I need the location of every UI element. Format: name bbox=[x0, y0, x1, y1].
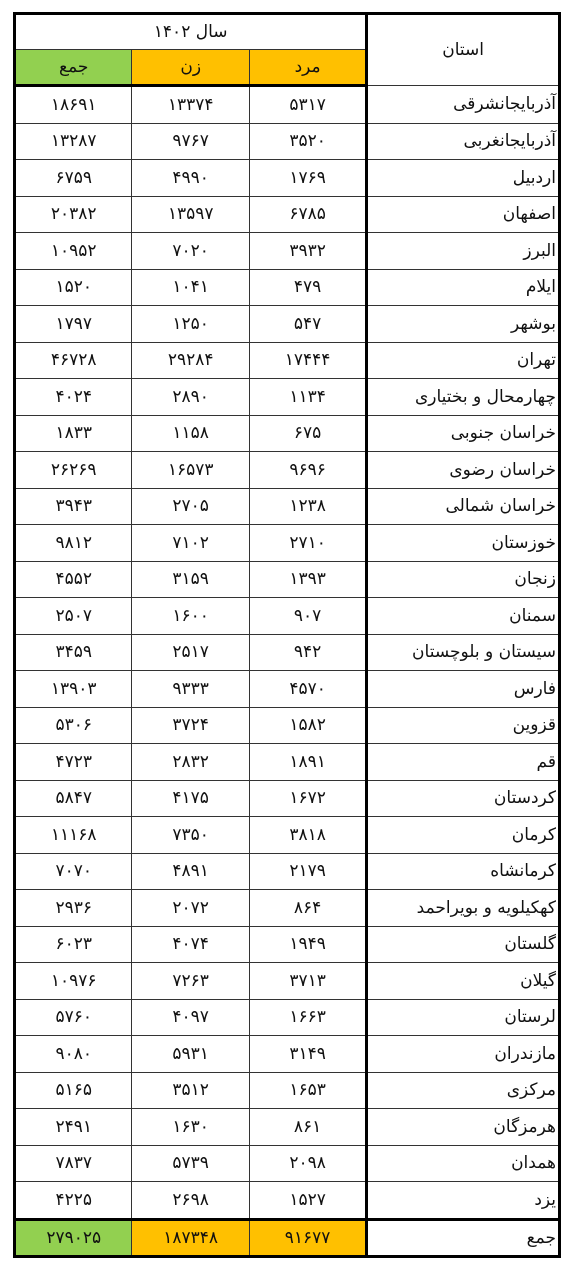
province-cell: هرمزگان bbox=[367, 1109, 560, 1146]
male-cell: ۵۴۷ bbox=[249, 306, 366, 343]
female-cell: ۳۷۲۴ bbox=[132, 707, 249, 744]
table-row: ایلام۴۷۹۱۰۴۱۱۵۲۰ bbox=[15, 269, 560, 306]
table-row: خراسان شمالی۱۲۳۸۲۷۰۵۳۹۴۳ bbox=[15, 488, 560, 525]
female-cell: ۵۷۳۹ bbox=[132, 1145, 249, 1182]
table-row: قزوین۱۵۸۲۳۷۲۴۵۳۰۶ bbox=[15, 707, 560, 744]
male-cell: ۸۶۱ bbox=[249, 1109, 366, 1146]
province-cell: آذربایجانغربی bbox=[367, 123, 560, 160]
male-cell: ۱۵۸۲ bbox=[249, 707, 366, 744]
total-cell: ۱۷۹۷ bbox=[15, 306, 132, 343]
female-cell: ۲۹۲۸۴ bbox=[132, 342, 249, 379]
table-row: گلستان۱۹۴۹۴۰۷۴۶۰۲۳ bbox=[15, 926, 560, 963]
female-cell: ۱۳۳۷۴ bbox=[132, 86, 249, 124]
totals-row: جمع۹۱۶۷۷۱۸۷۳۴۸۲۷۹۰۲۵ bbox=[15, 1219, 560, 1256]
grand-total: ۲۷۹۰۲۵ bbox=[15, 1219, 132, 1256]
male-cell: ۱۷۴۴۴ bbox=[249, 342, 366, 379]
province-cell: یزد bbox=[367, 1182, 560, 1220]
table-row: خراسان رضوی۹۶۹۶۱۶۵۷۳۲۶۲۶۹ bbox=[15, 452, 560, 489]
table-row: قم۱۸۹۱۲۸۳۲۴۷۲۳ bbox=[15, 744, 560, 781]
female-cell: ۱۳۵۹۷ bbox=[132, 196, 249, 233]
table-row: سیستان و بلوچستان۹۴۲۲۵۱۷۳۴۵۹ bbox=[15, 634, 560, 671]
province-cell: لرستان bbox=[367, 999, 560, 1036]
total-cell: ۴۵۵۲ bbox=[15, 561, 132, 598]
male-cell: ۳۸۱۸ bbox=[249, 817, 366, 854]
female-cell: ۲۸۳۲ bbox=[132, 744, 249, 781]
table-row: یزد۱۵۲۷۲۶۹۸۴۲۲۵ bbox=[15, 1182, 560, 1220]
total-cell: ۴۶۷۲۸ bbox=[15, 342, 132, 379]
male-cell: ۱۹۴۹ bbox=[249, 926, 366, 963]
male-header: مرد bbox=[249, 50, 366, 86]
total-cell: ۲۵۰۷ bbox=[15, 598, 132, 635]
table-row: سمنان۹۰۷۱۶۰۰۲۵۰۷ bbox=[15, 598, 560, 635]
female-cell: ۱۶۳۰ bbox=[132, 1109, 249, 1146]
table-row: مازندران۳۱۴۹۵۹۳۱۹۰۸۰ bbox=[15, 1036, 560, 1073]
table-row: آذربایجانغربی۳۵۲۰۹۷۶۷۱۳۲۸۷ bbox=[15, 123, 560, 160]
province-cell: خراسان شمالی bbox=[367, 488, 560, 525]
male-cell: ۱۸۹۱ bbox=[249, 744, 366, 781]
table-row: فارس۴۵۷۰۹۳۳۳۱۳۹۰۳ bbox=[15, 671, 560, 708]
province-cell: اردبیل bbox=[367, 160, 560, 197]
province-cell: چهارمحال و بختیاری bbox=[367, 379, 560, 416]
male-cell: ۴۵۷۰ bbox=[249, 671, 366, 708]
province-cell: آذربایجانشرقی bbox=[367, 86, 560, 124]
male-cell: ۳۱۴۹ bbox=[249, 1036, 366, 1073]
total-cell: ۱۸۶۹۱ bbox=[15, 86, 132, 124]
province-gender-table: استان سال ۱۴۰۲ مرد زن جمع آذربایجانشرقی۵… bbox=[13, 12, 561, 1258]
female-cell: ۱۱۵۸ bbox=[132, 415, 249, 452]
female-cell: ۳۵۱۲ bbox=[132, 1072, 249, 1109]
male-cell: ۱۷۶۹ bbox=[249, 160, 366, 197]
male-cell: ۱۲۳۸ bbox=[249, 488, 366, 525]
female-cell: ۴۸۹۱ bbox=[132, 853, 249, 890]
female-cell: ۷۲۶۳ bbox=[132, 963, 249, 1000]
male-cell: ۳۹۳۲ bbox=[249, 233, 366, 270]
total-cell: ۹۸۱۲ bbox=[15, 525, 132, 562]
province-cell: خوزستان bbox=[367, 525, 560, 562]
female-cell: ۷۱۰۲ bbox=[132, 525, 249, 562]
male-cell: ۹۶۹۶ bbox=[249, 452, 366, 489]
female-cell: ۱۰۴۱ bbox=[132, 269, 249, 306]
table-row: زنجان۱۳۹۳۳۱۵۹۴۵۵۲ bbox=[15, 561, 560, 598]
male-cell: ۲۱۷۹ bbox=[249, 853, 366, 890]
female-cell: ۴۹۹۰ bbox=[132, 160, 249, 197]
male-cell: ۱۶۵۳ bbox=[249, 1072, 366, 1109]
table-row: کرمانشاه۲۱۷۹۴۸۹۱۷۰۷۰ bbox=[15, 853, 560, 890]
total-cell: ۱۰۹۷۶ bbox=[15, 963, 132, 1000]
total-cell: ۱۰۹۵۲ bbox=[15, 233, 132, 270]
male-cell: ۱۱۳۴ bbox=[249, 379, 366, 416]
province-cell: مرکزی bbox=[367, 1072, 560, 1109]
province-cell: فارس bbox=[367, 671, 560, 708]
province-cell: خراسان جنوبی bbox=[367, 415, 560, 452]
province-cell: سیستان و بلوچستان bbox=[367, 634, 560, 671]
province-cell: همدان bbox=[367, 1145, 560, 1182]
table-row: اردبیل۱۷۶۹۴۹۹۰۶۷۵۹ bbox=[15, 160, 560, 197]
total-cell: ۱۱۱۶۸ bbox=[15, 817, 132, 854]
total-cell: ۲۴۹۱ bbox=[15, 1109, 132, 1146]
province-cell: سمنان bbox=[367, 598, 560, 635]
table-row: لرستان۱۶۶۳۴۰۹۷۵۷۶۰ bbox=[15, 999, 560, 1036]
total-cell: ۲۹۳۶ bbox=[15, 890, 132, 927]
table-row: کردستان۱۶۷۲۴۱۷۵۵۸۴۷ bbox=[15, 780, 560, 817]
province-cell: مازندران bbox=[367, 1036, 560, 1073]
province-cell: زنجان bbox=[367, 561, 560, 598]
total-cell: ۴۲۲۵ bbox=[15, 1182, 132, 1220]
year-header: سال ۱۴۰۲ bbox=[15, 14, 367, 50]
table-row: گیلان۳۷۱۳۷۲۶۳۱۰۹۷۶ bbox=[15, 963, 560, 1000]
province-cell: گلستان bbox=[367, 926, 560, 963]
female-cell: ۳۱۵۹ bbox=[132, 561, 249, 598]
province-header: استان bbox=[367, 14, 560, 86]
male-total: ۹۱۶۷۷ bbox=[249, 1219, 366, 1256]
table-row: خراسان جنوبی۶۷۵۱۱۵۸۱۸۳۳ bbox=[15, 415, 560, 452]
total-cell: ۵۸۴۷ bbox=[15, 780, 132, 817]
female-cell: ۷۰۲۰ bbox=[132, 233, 249, 270]
province-cell: اصفهان bbox=[367, 196, 560, 233]
province-cell: تهران bbox=[367, 342, 560, 379]
male-cell: ۱۶۷۲ bbox=[249, 780, 366, 817]
total-cell: ۲۶۲۶۹ bbox=[15, 452, 132, 489]
total-cell: ۱۳۹۰۳ bbox=[15, 671, 132, 708]
table-row: هرمزگان۸۶۱۱۶۳۰۲۴۹۱ bbox=[15, 1109, 560, 1146]
female-cell: ۱۶۰۰ bbox=[132, 598, 249, 635]
male-cell: ۳۷۱۳ bbox=[249, 963, 366, 1000]
table-row: البرز۳۹۳۲۷۰۲۰۱۰۹۵۲ bbox=[15, 233, 560, 270]
province-cell: البرز bbox=[367, 233, 560, 270]
table-row: همدان۲۰۹۸۵۷۳۹۷۸۳۷ bbox=[15, 1145, 560, 1182]
total-cell: ۱۸۳۳ bbox=[15, 415, 132, 452]
female-cell: ۲۵۱۷ bbox=[132, 634, 249, 671]
female-total: ۱۸۷۳۴۸ bbox=[132, 1219, 249, 1256]
table-row: بوشهر۵۴۷۱۲۵۰۱۷۹۷ bbox=[15, 306, 560, 343]
female-cell: ۱۶۵۷۳ bbox=[132, 452, 249, 489]
header-row-year: استان سال ۱۴۰۲ bbox=[15, 14, 560, 50]
female-cell: ۴۰۹۷ bbox=[132, 999, 249, 1036]
male-cell: ۹۴۲ bbox=[249, 634, 366, 671]
total-cell: ۴۰۲۴ bbox=[15, 379, 132, 416]
female-cell: ۴۰۷۴ bbox=[132, 926, 249, 963]
total-cell: ۳۹۴۳ bbox=[15, 488, 132, 525]
province-cell: کهکیلویه و بویراحمد bbox=[367, 890, 560, 927]
total-cell: ۷۸۳۷ bbox=[15, 1145, 132, 1182]
female-cell: ۹۷۶۷ bbox=[132, 123, 249, 160]
province-cell: قزوین bbox=[367, 707, 560, 744]
province-cell: کردستان bbox=[367, 780, 560, 817]
total-cell: ۷۰۷۰ bbox=[15, 853, 132, 890]
female-cell: ۷۳۵۰ bbox=[132, 817, 249, 854]
male-cell: ۲۷۱۰ bbox=[249, 525, 366, 562]
female-header: زن bbox=[132, 50, 249, 86]
female-cell: ۲۰۷۲ bbox=[132, 890, 249, 927]
male-cell: ۶۷۵ bbox=[249, 415, 366, 452]
male-cell: ۸۶۴ bbox=[249, 890, 366, 927]
province-cell: بوشهر bbox=[367, 306, 560, 343]
province-cell: کرمانشاه bbox=[367, 853, 560, 890]
table-row: خوزستان۲۷۱۰۷۱۰۲۹۸۱۲ bbox=[15, 525, 560, 562]
table-row: چهارمحال و بختیاری۱۱۳۴۲۸۹۰۴۰۲۴ bbox=[15, 379, 560, 416]
male-cell: ۴۷۹ bbox=[249, 269, 366, 306]
total-cell: ۴۷۲۳ bbox=[15, 744, 132, 781]
total-cell: ۵۳۰۶ bbox=[15, 707, 132, 744]
female-cell: ۲۸۹۰ bbox=[132, 379, 249, 416]
male-cell: ۱۳۹۳ bbox=[249, 561, 366, 598]
male-cell: ۹۰۷ bbox=[249, 598, 366, 635]
male-cell: ۶۷۸۵ bbox=[249, 196, 366, 233]
province-cell: قم bbox=[367, 744, 560, 781]
table-row: تهران۱۷۴۴۴۲۹۲۸۴۴۶۷۲۸ bbox=[15, 342, 560, 379]
total-cell: ۱۳۲۸۷ bbox=[15, 123, 132, 160]
female-cell: ۴۱۷۵ bbox=[132, 780, 249, 817]
table-row: مرکزی۱۶۵۳۳۵۱۲۵۱۶۵ bbox=[15, 1072, 560, 1109]
table-row: آذربایجانشرقی۵۳۱۷۱۳۳۷۴۱۸۶۹۱ bbox=[15, 86, 560, 124]
table-row: اصفهان۶۷۸۵۱۳۵۹۷۲۰۳۸۲ bbox=[15, 196, 560, 233]
province-cell: خراسان رضوی bbox=[367, 452, 560, 489]
total-cell: ۶۰۲۳ bbox=[15, 926, 132, 963]
male-cell: ۲۰۹۸ bbox=[249, 1145, 366, 1182]
total-cell: ۹۰۸۰ bbox=[15, 1036, 132, 1073]
female-cell: ۵۹۳۱ bbox=[132, 1036, 249, 1073]
total-cell: ۵۱۶۵ bbox=[15, 1072, 132, 1109]
table-row: کهکیلویه و بویراحمد۸۶۴۲۰۷۲۲۹۳۶ bbox=[15, 890, 560, 927]
female-cell: ۱۲۵۰ bbox=[132, 306, 249, 343]
total-cell: ۲۰۳۸۲ bbox=[15, 196, 132, 233]
total-cell: ۳۴۵۹ bbox=[15, 634, 132, 671]
male-cell: ۱۶۶۳ bbox=[249, 999, 366, 1036]
total-cell: ۵۷۶۰ bbox=[15, 999, 132, 1036]
totals-label: جمع bbox=[367, 1219, 560, 1256]
province-cell: گیلان bbox=[367, 963, 560, 1000]
total-header: جمع bbox=[15, 50, 132, 86]
female-cell: ۲۷۰۵ bbox=[132, 488, 249, 525]
male-cell: ۵۳۱۷ bbox=[249, 86, 366, 124]
female-cell: ۲۶۹۸ bbox=[132, 1182, 249, 1220]
total-cell: ۱۵۲۰ bbox=[15, 269, 132, 306]
male-cell: ۱۵۲۷ bbox=[249, 1182, 366, 1220]
male-cell: ۳۵۲۰ bbox=[249, 123, 366, 160]
female-cell: ۹۳۳۳ bbox=[132, 671, 249, 708]
total-cell: ۶۷۵۹ bbox=[15, 160, 132, 197]
table-row: کرمان۳۸۱۸۷۳۵۰۱۱۱۶۸ bbox=[15, 817, 560, 854]
province-cell: کرمان bbox=[367, 817, 560, 854]
province-cell: ایلام bbox=[367, 269, 560, 306]
